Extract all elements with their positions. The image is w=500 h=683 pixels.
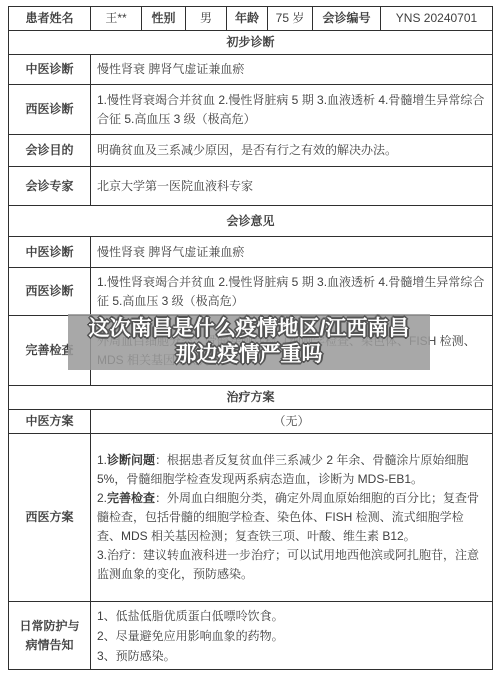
treatment-item-2: 2.完善检查：外周血白细胞分类，确定外周血原始细胞的百分比；复查骨髓检查，包括骨… (97, 489, 486, 546)
opinion-western-value: 1.慢性肾衰竭合并贫血 2.慢性肾脏病 5 期 3.血液透析 4.骨髓增生异常综… (91, 268, 493, 316)
patient-info-row: 患者姓名 王** 性别 男 年龄 75 岁 会诊编号 YNS 20240701 (9, 7, 493, 31)
daily-care-row: 日常防护与 病情告知 1、低盐低脂优质蛋白低嘌呤饮食。 2、尽量避免应用影响血象… (9, 602, 493, 670)
treatment-tcm-label: 中医方案 (9, 410, 91, 434)
daily-care-value: 1、低盐低脂优质蛋白低嘌呤饮食。 2、尽量避免应用影响血象的药物。 3、预防感染… (91, 602, 493, 670)
patient-name-value: 王** (91, 7, 142, 31)
watermark-text-line2: 那边疫情严重吗 (176, 342, 323, 368)
consult-purpose-row: 会诊目的 明确贫血及三系减少原因，是否有行之有效的解决办法。 (9, 135, 493, 167)
treatment-section-row: 治疗方案 (9, 386, 493, 410)
care-item: 3、预防感染。 (97, 646, 486, 666)
opinion-tcm-label: 中医诊断 (9, 237, 91, 268)
treatment-section-title: 治疗方案 (9, 386, 493, 410)
consult-purpose-label: 会诊目的 (9, 135, 91, 167)
preliminary-section-title: 初步诊断 (9, 31, 493, 55)
consult-expert-value: 北京大学第一医院血液科专家 (91, 167, 493, 206)
watermark-overlay: 这次南昌是什么疫情地区/江西南昌 那边疫情严重吗 (68, 314, 430, 370)
treatment-western-value: 1.诊断问题：根据患者反复贫血伴三系减少 2 年余、骨髓涂片原始细胞 5%，骨髓… (91, 434, 493, 602)
consult-expert-label: 会诊专家 (9, 167, 91, 206)
age-label: 年龄 (227, 7, 268, 31)
consult-expert-row: 会诊专家 北京大学第一医院血液科专家 (9, 167, 493, 206)
preliminary-tcm-value: 慢性肾衰 脾肾气虚证兼血瘀 (91, 55, 493, 85)
treatment-western-row: 西医方案 1.诊断问题：根据患者反复贫血伴三系减少 2 年余、骨髓涂片原始细胞 … (9, 434, 493, 602)
watermark-text-line1: 这次南昌是什么疫情地区/江西南昌 (89, 316, 410, 342)
preliminary-section-row: 初步诊断 (9, 31, 493, 55)
opinion-western-label: 西医诊断 (9, 268, 91, 316)
treatment-item-3: 3.治疗：建议转血液科进一步治疗；可以试用地西他滨或阿扎胞苷，注意监测血象的变化… (97, 546, 486, 584)
preliminary-western-row: 西医诊断 1.慢性肾衰竭合并贫血 2.慢性肾脏病 5 期 3.血液透析 4.骨髓… (9, 85, 493, 135)
consult-purpose-value: 明确贫血及三系减少原因，是否有行之有效的解决办法。 (91, 135, 493, 167)
opinion-western-row: 西医诊断 1.慢性肾衰竭合并贫血 2.慢性肾脏病 5 期 3.血液透析 4.骨髓… (9, 268, 493, 316)
opinion-section-row: 会诊意见 (9, 206, 493, 237)
preliminary-tcm-row: 中医诊断 慢性肾衰 脾肾气虚证兼血瘀 (9, 55, 493, 85)
preliminary-western-value: 1.慢性肾衰竭合并贫血 2.慢性肾脏病 5 期 3.血液透析 4.骨髓增生异常综… (91, 85, 493, 135)
treatment-tcm-row: 中医方案 （无） (9, 410, 493, 434)
gender-label: 性别 (142, 7, 186, 31)
daily-care-label: 日常防护与 病情告知 (9, 602, 91, 670)
opinion-tcm-row: 中医诊断 慢性肾衰 脾肾气虚证兼血瘀 (9, 237, 493, 268)
patient-name-label: 患者姓名 (9, 7, 91, 31)
age-value: 75 岁 (268, 7, 313, 31)
treatment-western-label: 西医方案 (9, 434, 91, 602)
consult-no-label: 会诊编号 (313, 7, 381, 31)
preliminary-western-label: 西医诊断 (9, 85, 91, 135)
treatment-tcm-value: （无） (91, 410, 493, 434)
treatment-item-1: 1.诊断问题：根据患者反复贫血伴三系减少 2 年余、骨髓涂片原始细胞 5%，骨髓… (97, 451, 486, 489)
gender-value: 男 (186, 7, 227, 31)
care-item: 2、尽量避免应用影响血象的药物。 (97, 626, 486, 646)
care-item: 1、低盐低脂优质蛋白低嘌呤饮食。 (97, 606, 486, 626)
opinion-section-title: 会诊意见 (9, 206, 493, 237)
opinion-tcm-value: 慢性肾衰 脾肾气虚证兼血瘀 (91, 237, 493, 268)
consult-no-value: YNS 20240701 (381, 7, 493, 31)
preliminary-tcm-label: 中医诊断 (9, 55, 91, 85)
